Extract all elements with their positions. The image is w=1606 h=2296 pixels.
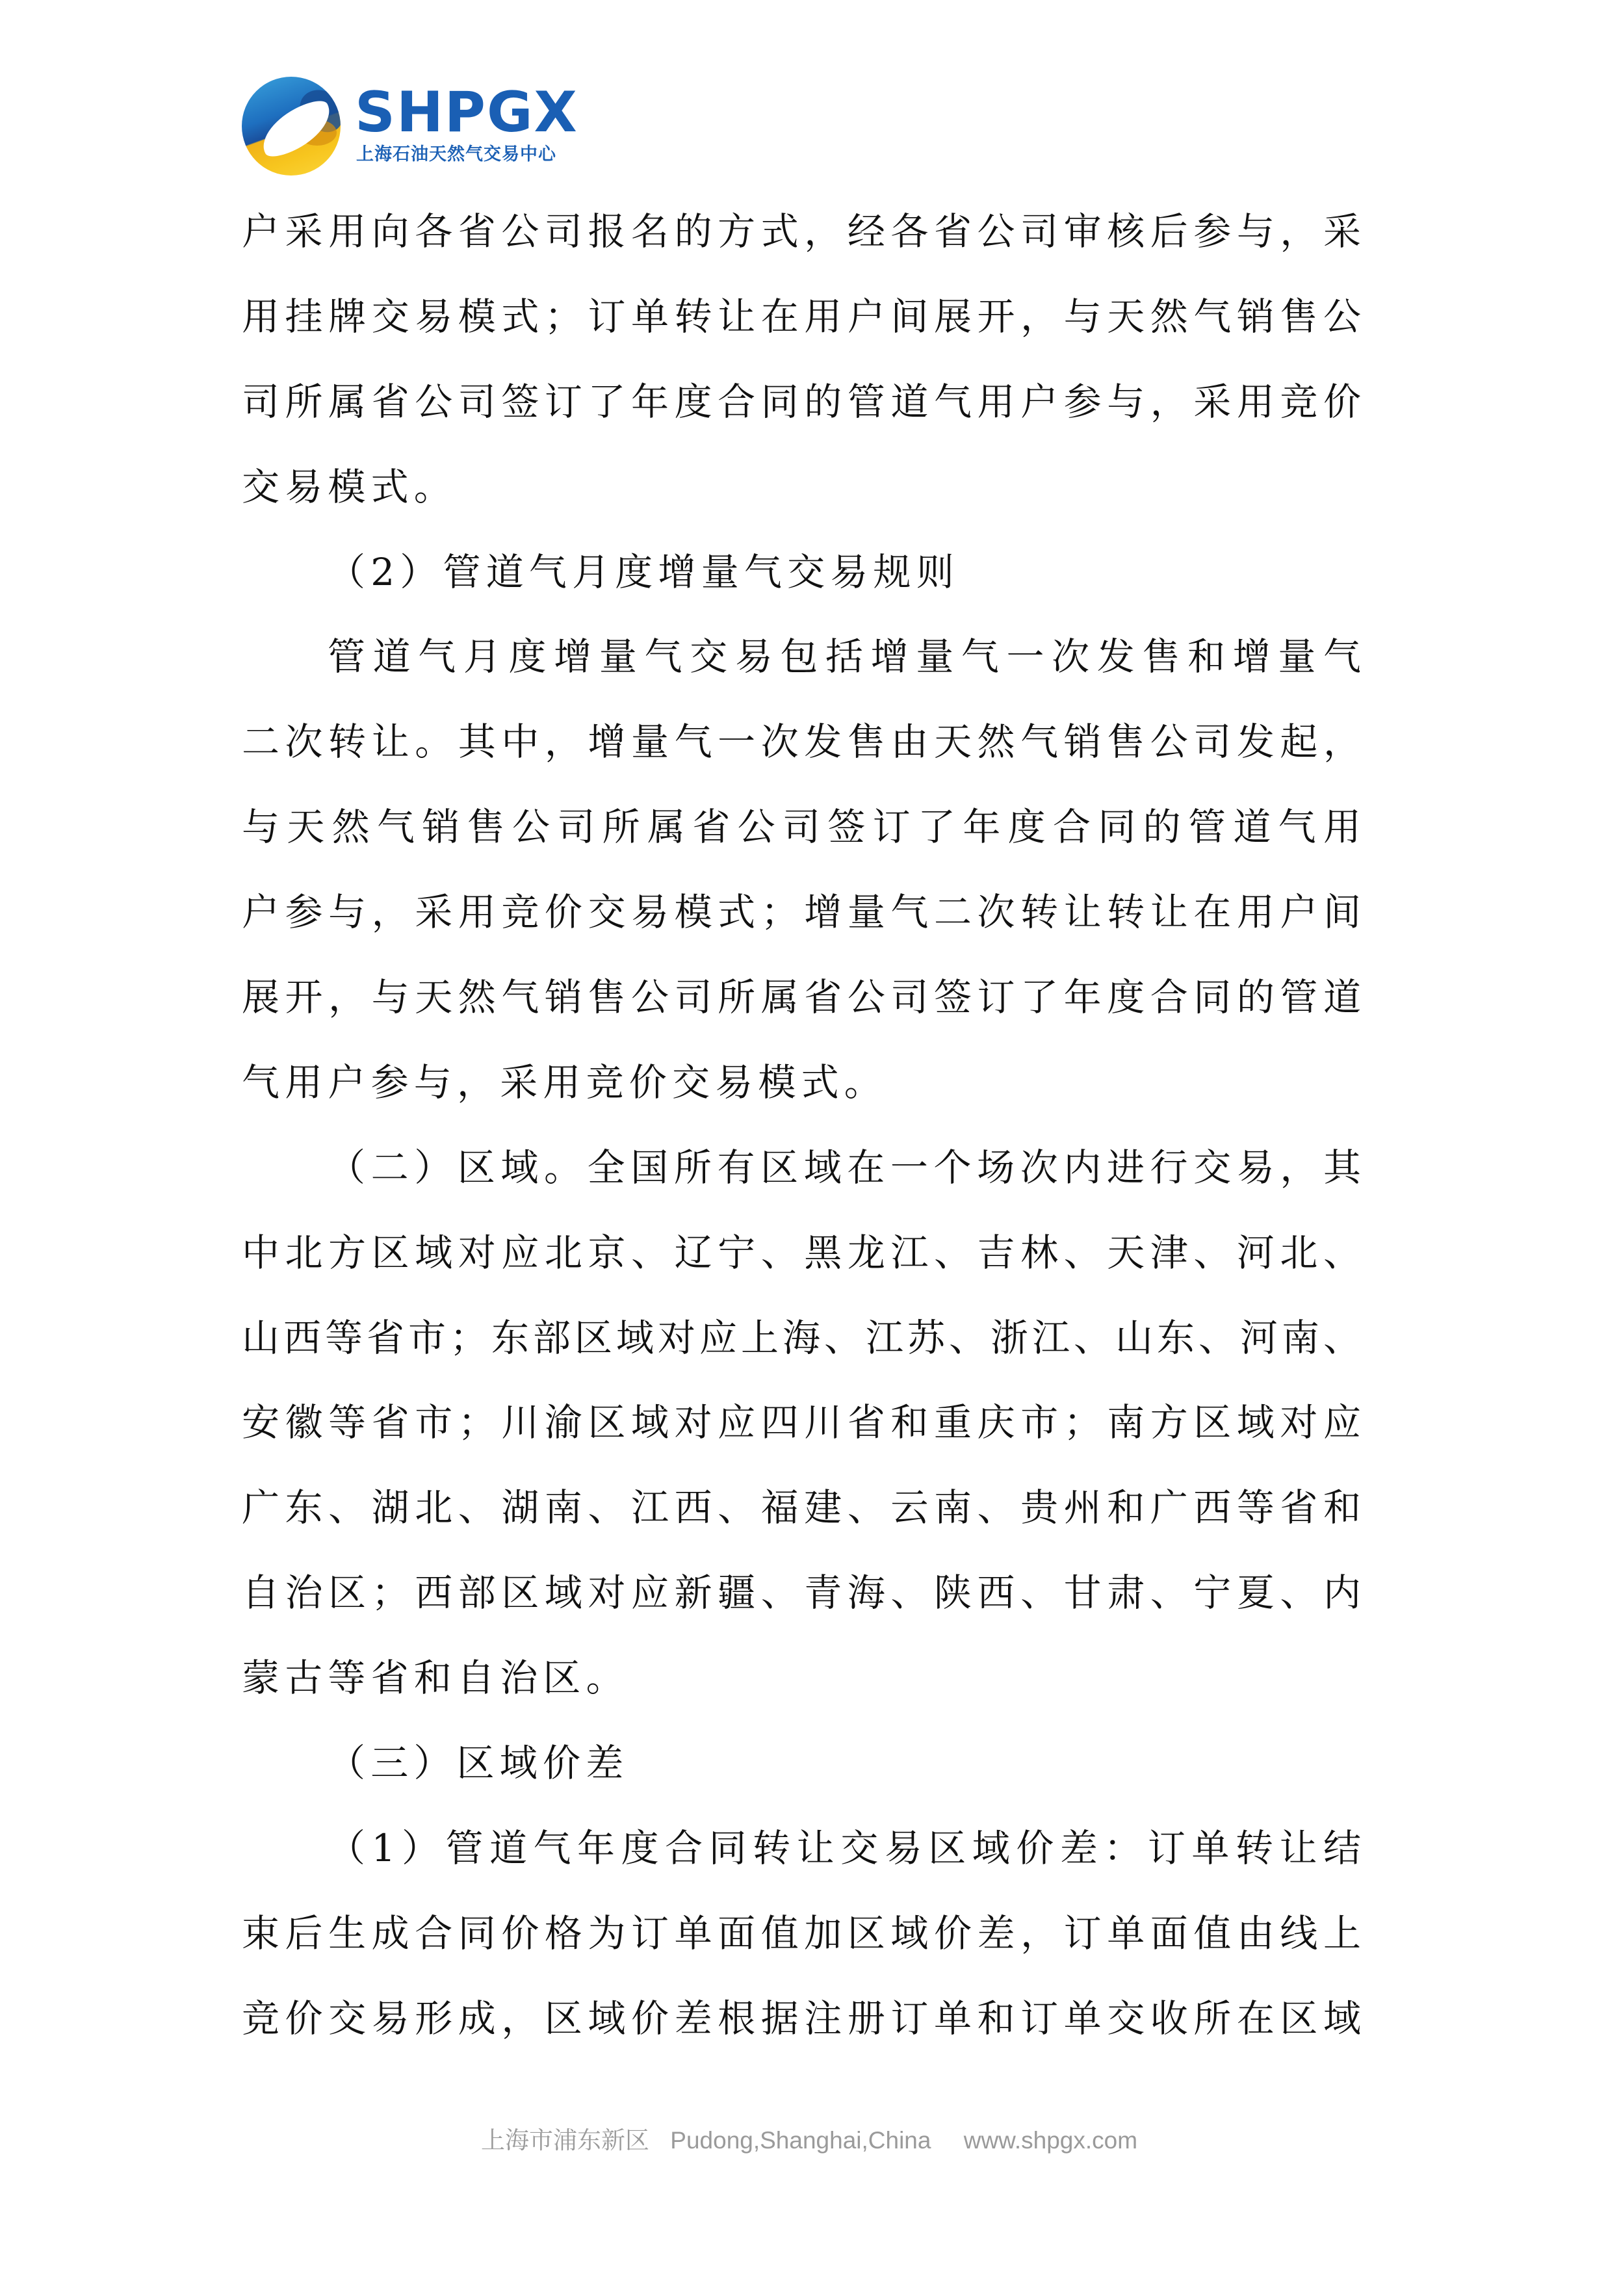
logo-title: SHPGX xyxy=(355,85,578,140)
body-line: 管道气月度增量气交易包括增量气一次发售和增量气 xyxy=(242,614,1361,699)
body-line: 展开，与天然气销售公司所属省公司签订了年度合同的管道 xyxy=(242,955,1361,1040)
body-line: 气用户参与，采用竞价交易模式。 xyxy=(242,1040,1361,1125)
body-line: 山西等省市；东部区域对应上海、江苏、浙江、山东、河南、 xyxy=(242,1296,1361,1381)
document-body: 户采用向各省公司报名的方式，经各省公司审核后参与，采 用挂牌交易模式；订单转让在… xyxy=(242,189,1361,2061)
document-page: SHPGX 上海石油天然气交易中心 户采用向各省公司报名的方式，经各省公司审核后… xyxy=(0,0,1606,2296)
body-line: 户参与，采用竞价交易模式；增量气二次转让转让在用户间 xyxy=(242,870,1361,955)
body-line: 蒙古等省和自治区。 xyxy=(242,1636,1361,1721)
page-footer: 上海市浦东新区 Pudong,Shanghai,China www.shpgx.… xyxy=(481,2124,1137,2157)
body-line: 司所属省公司签订了年度合同的管道气用户参与，采用竞价 xyxy=(242,359,1361,445)
body-line: 户采用向各省公司报名的方式，经各省公司审核后参与，采 xyxy=(242,189,1361,274)
body-line: 二次转让。其中，增量气一次发售由天然气销售公司发起， xyxy=(242,699,1361,785)
body-line: 用挂牌交易模式；订单转让在用户间展开，与天然气销售公 xyxy=(242,274,1361,359)
body-line: 竞价交易形成，区域价差根据注册订单和订单交收所在区域 xyxy=(242,1976,1361,2061)
shpgx-logo: SHPGX 上海石油天然气交易中心 xyxy=(239,74,564,178)
footer-website: www.shpgx.com xyxy=(964,2124,1137,2157)
body-line: 广东、湖北、湖南、江西、福建、云南、贵州和广西等省和 xyxy=(242,1465,1361,1550)
shpgx-globe-logo-icon xyxy=(242,77,341,176)
body-line: 自治区；西部区域对应新疆、青海、陕西、甘肃、宁夏、内 xyxy=(242,1550,1361,1636)
body-line: 与天然气销售公司所属省公司签订了年度合同的管道气用 xyxy=(242,785,1361,870)
body-line: 束后生成合同价格为订单面值加区域价差，订单面值由线上 xyxy=(242,1891,1361,1976)
section-heading-monthly-incremental-rules: （2）管道气月度增量气交易规则 xyxy=(242,530,1361,615)
body-line: 交易模式。 xyxy=(242,445,1361,530)
footer-address-en: Pudong,Shanghai,China xyxy=(670,2124,931,2157)
body-line: 安徽等省市；川渝区域对应四川省和重庆市；南方区域对应 xyxy=(242,1380,1361,1465)
subsection-heading-annual-contract-spread: （1）管道气年度合同转让交易区域价差：订单转让结 xyxy=(242,1806,1361,1891)
logo-subtitle: 上海石油天然气交易中心 xyxy=(356,144,556,165)
footer-address-cn: 上海市浦东新区 xyxy=(481,2124,649,2157)
section-heading-region: （二）区域。全国所有区域在一个场次内进行交易，其 xyxy=(242,1125,1361,1210)
section-heading-regional-price-spread: （三）区域价差 xyxy=(242,1721,1361,1806)
body-line: 中北方区域对应北京、辽宁、黑龙江、吉林、天津、河北、 xyxy=(242,1210,1361,1296)
